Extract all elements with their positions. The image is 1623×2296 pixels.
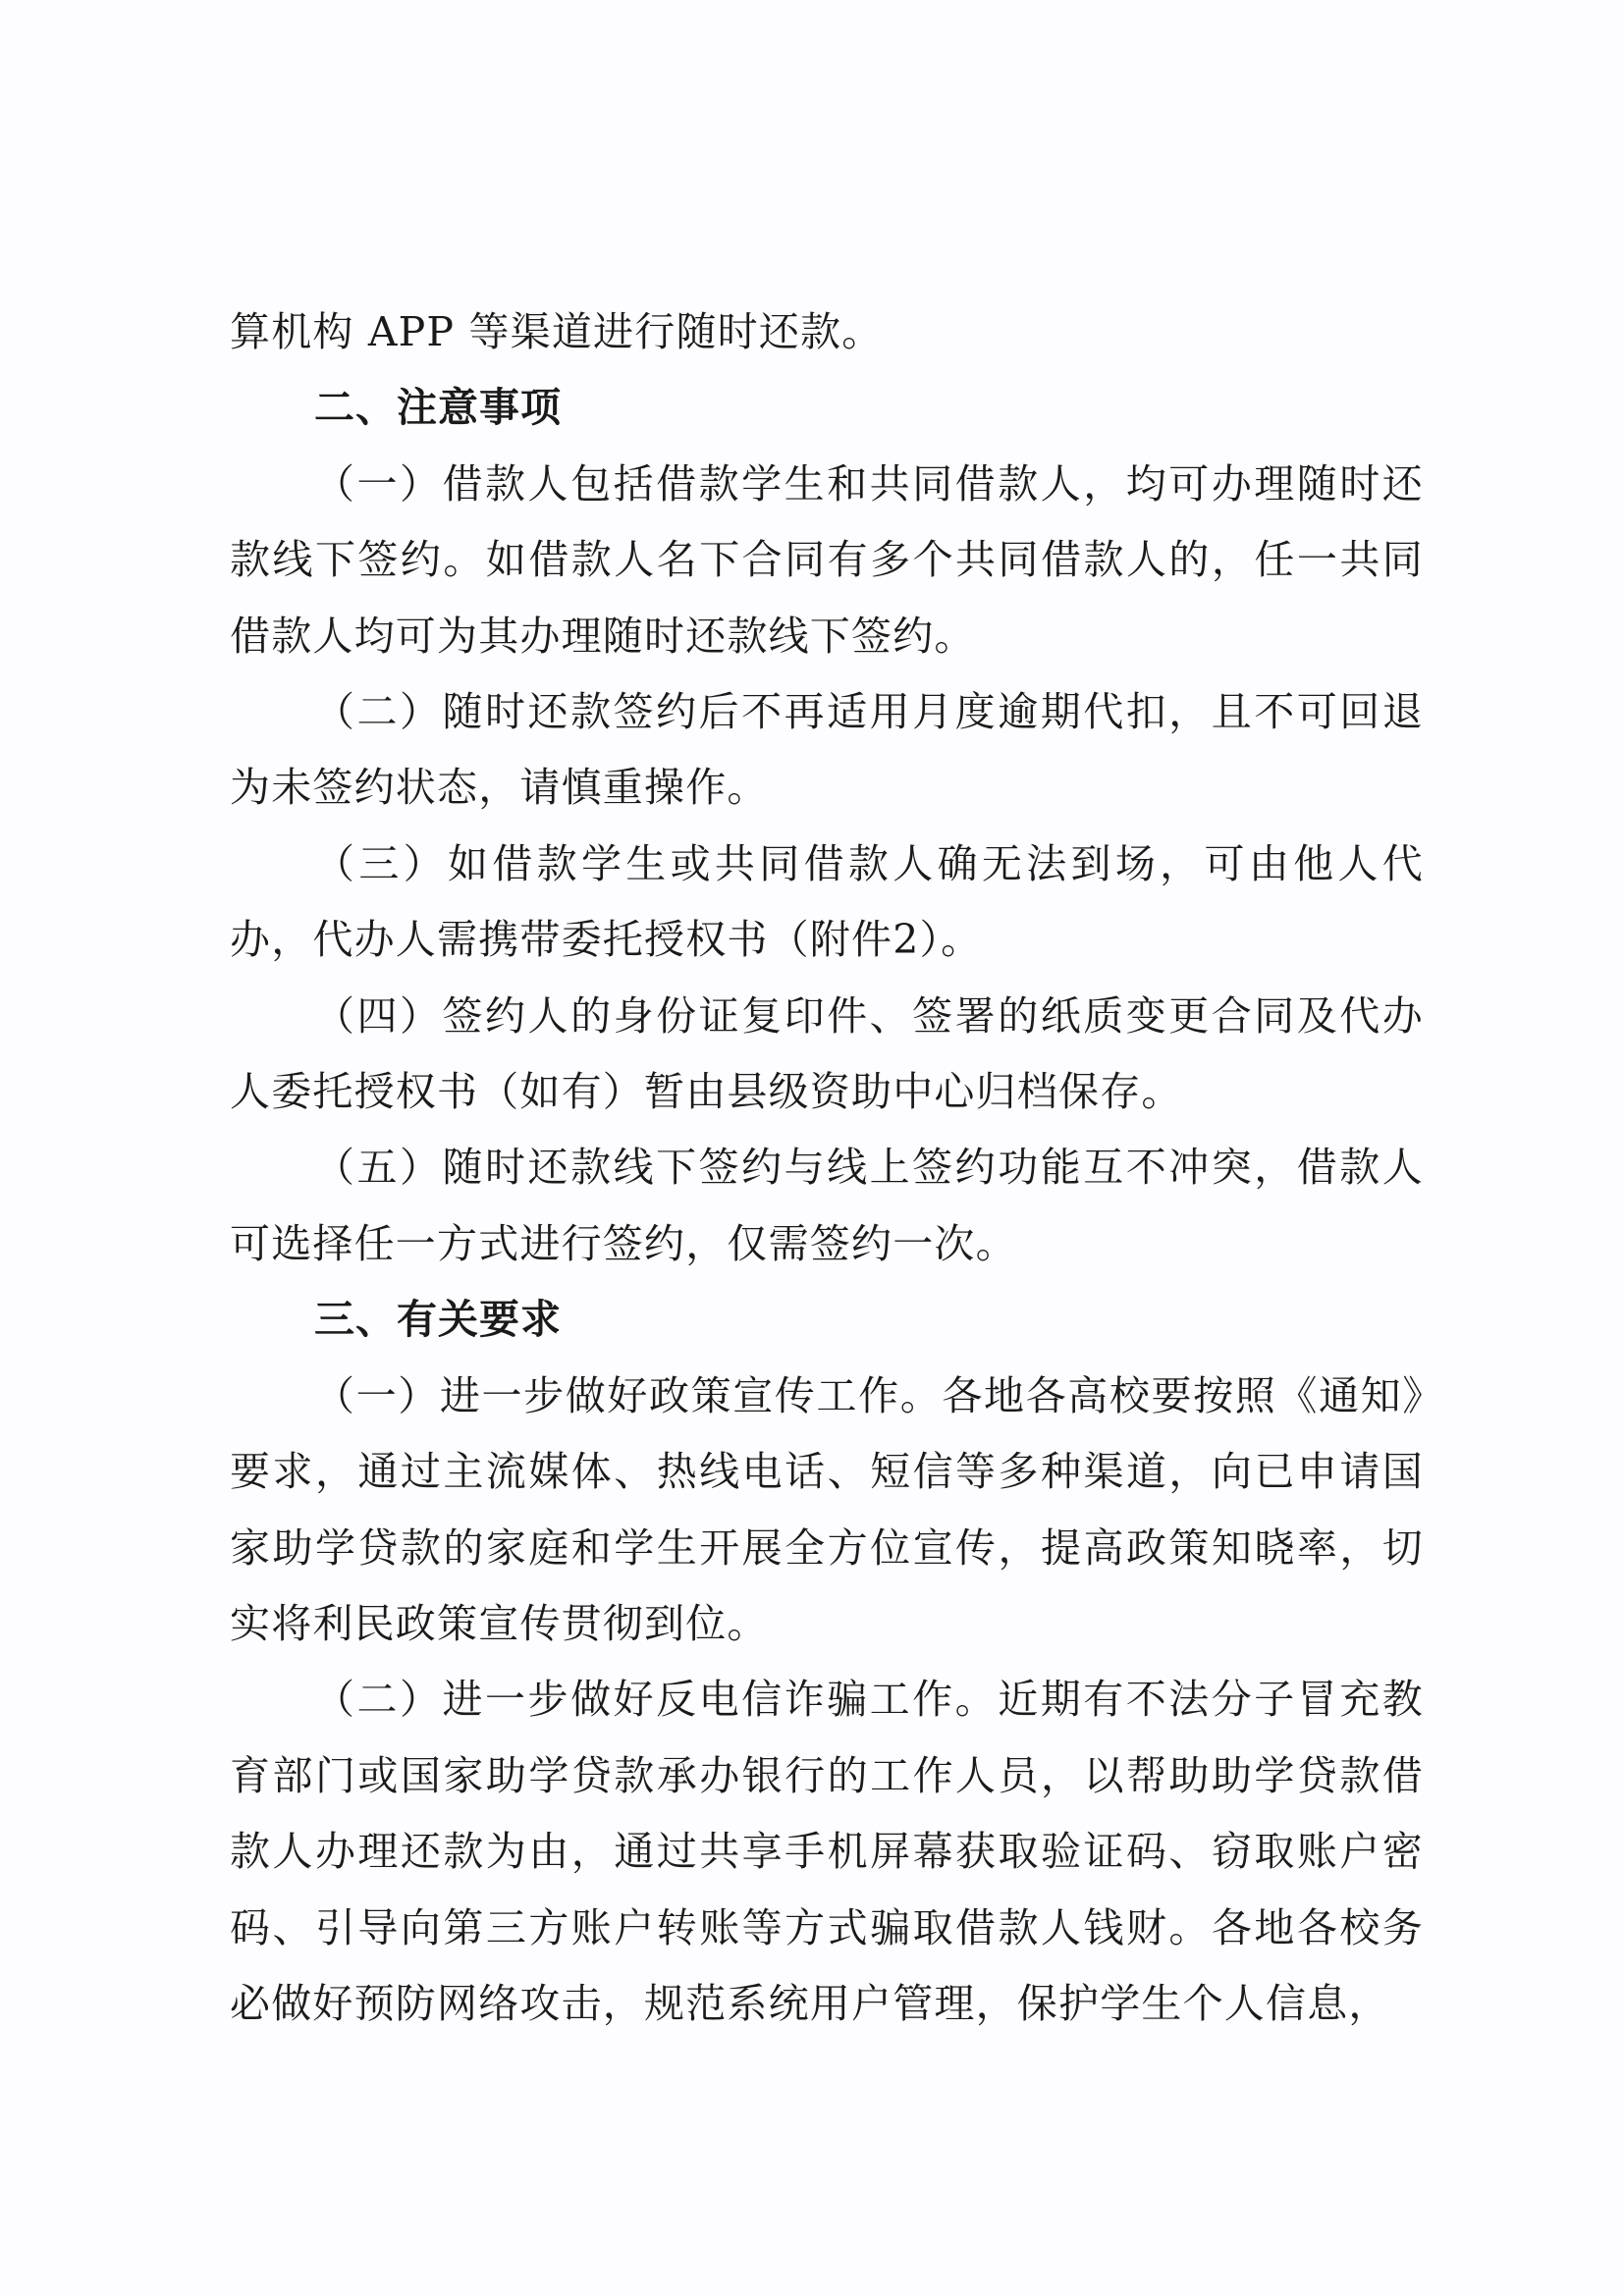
document-body: 算机构 APP 等渠道进行随时还款。 二、注意事项 （一）借款人包括借款学生和共…: [230, 294, 1424, 2042]
paragraph-note-4: （四）签约人的身份证复印件、签署的纸质变更合同及代办人委托授权书（如有）暂由县级…: [230, 979, 1424, 1131]
paragraph-note-5: （五）随时还款线下签约与线上签约功能互不冲突，借款人可选择任一方式进行签约，仅需…: [230, 1130, 1424, 1282]
paragraph-requirement-2: （二）进一步做好反电信诈骗工作。近期有不法分子冒充教育部门或国家助学贷款承办银行…: [230, 1662, 1424, 2042]
section-heading-requirements: 三、有关要求: [230, 1282, 1424, 1358]
paragraph-note-1: （一）借款人包括借款学生和共同借款人，均可办理随时还款线下签约。如借款人名下合同…: [230, 447, 1424, 674]
paragraph-continuation: 算机构 APP 等渠道进行随时还款。: [230, 294, 1424, 370]
paragraph-note-3: （三）如借款学生或共同借款人确无法到场，可由他人代办，代办人需携带委托授权书（附…: [230, 827, 1424, 979]
section-heading-notes: 二、注意事项: [230, 370, 1424, 446]
paragraph-note-2: （二）随时还款签约后不再适用月度逾期代扣，且不可回退为未签约状态，请慎重操作。: [230, 674, 1424, 827]
document-page: 算机构 APP 等渠道进行随时还款。 二、注意事项 （一）借款人包括借款学生和共…: [0, 0, 1623, 2296]
paragraph-requirement-1: （一）进一步做好政策宣传工作。各地各高校要按照《通知》要求，通过主流媒体、热线电…: [230, 1359, 1424, 1663]
